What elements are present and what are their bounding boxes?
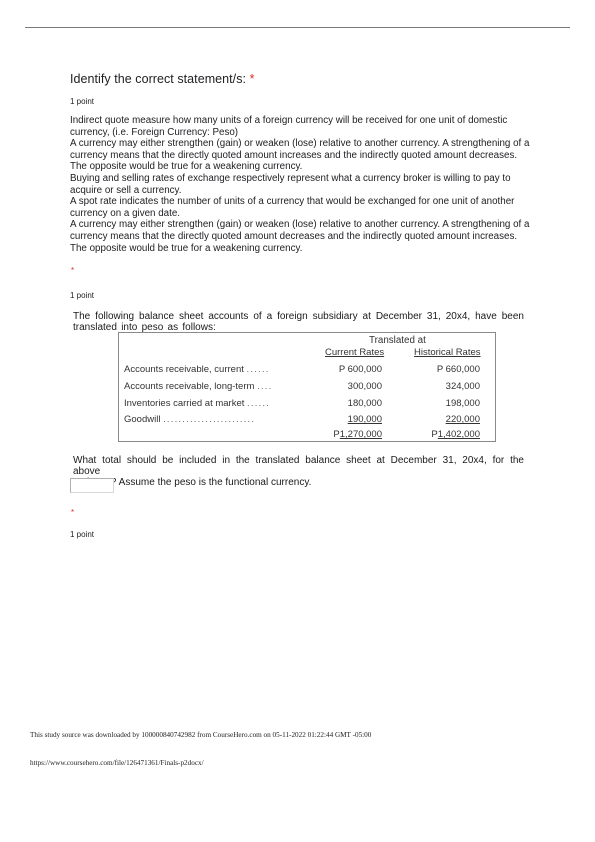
historical-rate-value: P 660,000 xyxy=(437,364,480,375)
row-label: Goodwill xyxy=(124,414,160,425)
page-top-divider xyxy=(25,27,570,28)
table-row: Accounts receivable, current ...... P 60… xyxy=(124,364,494,376)
leader-dots: ...... xyxy=(247,398,270,409)
row-label: Accounts receivable, long-term xyxy=(124,381,254,392)
table-group-header: Translated at xyxy=(369,335,426,346)
question-2-points: 1 point xyxy=(70,291,94,300)
option-4[interactable]: A spot rate indicates the number of unit… xyxy=(70,196,530,219)
question-1-title: Identify the correct statement/s: * xyxy=(70,72,255,86)
current-rate-value: 190,000 xyxy=(348,414,382,425)
question-2-answer-input[interactable] xyxy=(70,478,114,493)
question-3-points: 1 point xyxy=(70,530,94,539)
table-row: Inventories carried at market ...... 180… xyxy=(124,398,494,410)
option-1[interactable]: Indirect quote measure how many units of… xyxy=(70,115,530,138)
question-2-prompt-line-1: What total should be included in the tra… xyxy=(73,455,524,477)
source-url[interactable]: https://www.coursehero.com/file/12647136… xyxy=(30,759,204,767)
download-notice: This study source was downloaded by 1000… xyxy=(30,731,371,739)
historical-rate-total: P1,402,000 xyxy=(431,429,480,440)
question-2-required-asterisk: * xyxy=(71,266,74,275)
current-rate-total: P1,270,000 xyxy=(333,429,382,440)
question-2-prompt-line-2: items? Assume the peso is the functional… xyxy=(73,477,524,488)
leader-dots: .... xyxy=(257,381,272,392)
balance-sheet-table: Translated at Current Rates Historical R… xyxy=(118,332,496,442)
question-1-points: 1 point xyxy=(70,97,94,106)
historical-rate-value: 198,000 xyxy=(446,398,480,409)
table-row: Accounts receivable, long-term .... 300,… xyxy=(124,381,494,393)
option-5[interactable]: A currency may either strengthen (gain) … xyxy=(70,219,530,254)
current-rate-value: 180,000 xyxy=(348,398,382,409)
row-label: Inventories carried at market xyxy=(124,398,244,409)
current-rate-value: P 600,000 xyxy=(339,364,382,375)
table-total-row: P1,270,000 P1,402,000 xyxy=(124,429,494,441)
historical-rate-value: 324,000 xyxy=(446,381,480,392)
question-3-required-asterisk: * xyxy=(71,508,74,517)
current-rate-value: 300,000 xyxy=(348,381,382,392)
question-2-intro: The following balance sheet accounts of … xyxy=(73,311,524,333)
leader-dots: ...... xyxy=(247,364,270,375)
required-asterisk: * xyxy=(250,72,255,86)
question-2-prompt: What total should be included in the tra… xyxy=(73,455,524,488)
option-3[interactable]: Buying and selling rates of exchange res… xyxy=(70,173,530,196)
row-label: Accounts receivable, current xyxy=(124,364,244,375)
option-2[interactable]: A currency may either strengthen (gain) … xyxy=(70,138,530,173)
column-header-historical-rates: Historical Rates xyxy=(414,347,481,358)
historical-rate-value: 220,000 xyxy=(446,414,480,425)
question-2-image: The following balance sheet accounts of … xyxy=(73,311,524,333)
question-1-options: Indirect quote measure how many units of… xyxy=(70,115,530,254)
leader-dots: ........................ xyxy=(163,414,255,425)
question-1-title-text: Identify the correct statement/s: xyxy=(70,72,246,86)
column-header-current-rates: Current Rates xyxy=(325,347,384,358)
table-row: Goodwill ........................ 190,00… xyxy=(124,414,494,426)
